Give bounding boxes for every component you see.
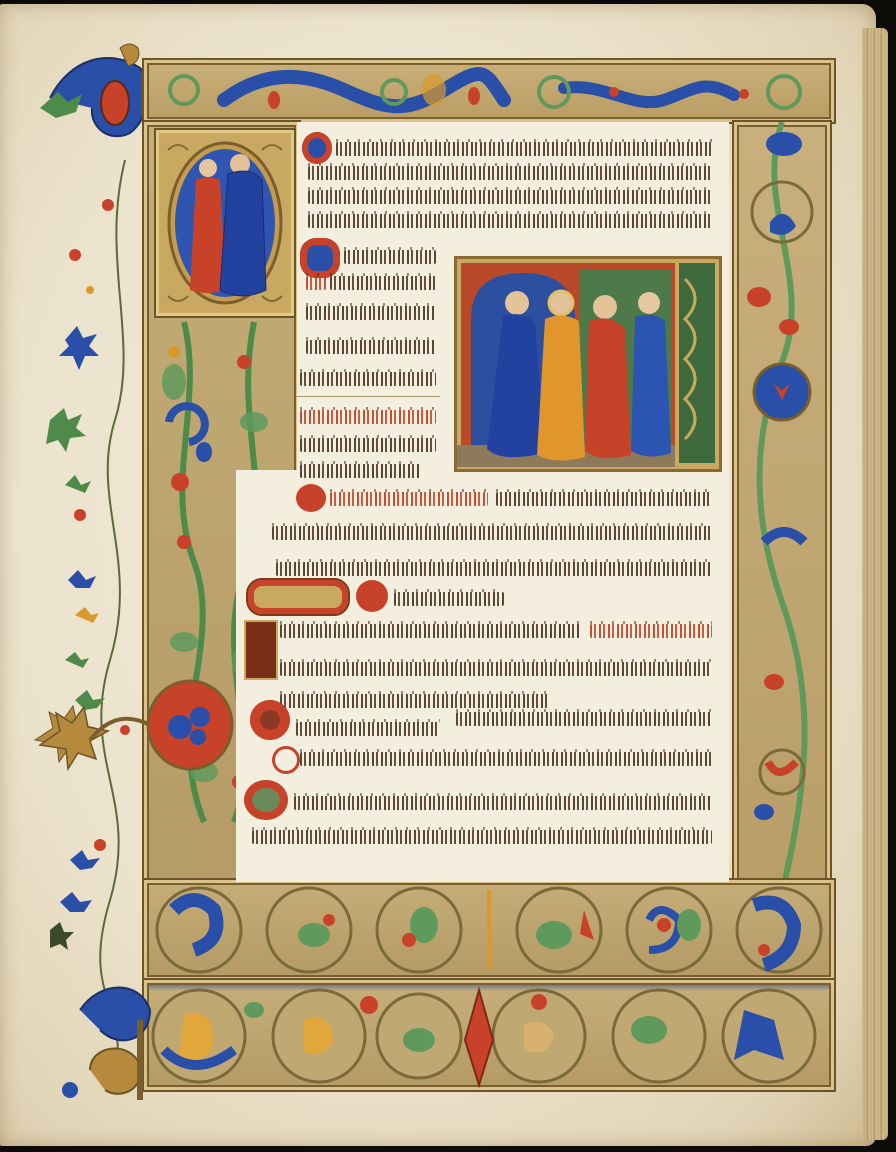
script-line xyxy=(280,694,550,708)
script-line xyxy=(280,662,712,676)
decorated-initial-blue-red xyxy=(302,132,332,164)
miniature-painting xyxy=(454,256,722,472)
border-roundel-red-boss xyxy=(30,665,240,785)
rubric-line xyxy=(590,624,712,638)
script-line xyxy=(300,752,712,766)
left-margin-floral-spray xyxy=(30,40,160,1120)
script-line xyxy=(300,372,436,386)
ruling-line xyxy=(296,396,440,397)
script-line xyxy=(456,712,712,726)
script-line xyxy=(252,830,712,844)
script-line xyxy=(300,464,420,478)
border-band-bottom-lower xyxy=(142,978,836,1092)
rubric-line xyxy=(300,410,436,424)
script-line xyxy=(306,340,436,354)
decorated-initial-column xyxy=(244,620,278,680)
decorated-initial-red xyxy=(356,580,388,612)
decorated-initial-red xyxy=(296,484,326,512)
script-line xyxy=(308,190,712,204)
decorated-initial-blue-red xyxy=(300,238,340,278)
script-line xyxy=(306,306,436,320)
decorated-initial-red xyxy=(250,700,290,740)
border-band-right xyxy=(732,120,832,894)
corner-flourish-bottom-left xyxy=(40,960,180,1120)
script-line xyxy=(272,526,712,540)
script-line xyxy=(300,438,436,452)
historiated-initial xyxy=(154,128,296,318)
script-line xyxy=(496,492,712,506)
decorated-filler-bar xyxy=(246,578,350,616)
script-line xyxy=(344,250,436,264)
border-band-bottom-upper xyxy=(142,878,836,982)
script-line xyxy=(308,214,712,228)
decorated-initial-red-outline xyxy=(272,746,300,774)
script-line xyxy=(336,142,712,156)
rubric-line xyxy=(330,492,488,506)
script-line xyxy=(308,166,712,180)
page-stack-edges xyxy=(862,28,888,1140)
script-line xyxy=(280,624,580,638)
rubric-mark xyxy=(306,276,326,290)
script-line xyxy=(330,276,436,290)
script-line xyxy=(296,722,440,736)
script-line xyxy=(294,796,712,810)
border-band-top xyxy=(142,58,836,124)
decorated-initial-red-green xyxy=(244,780,288,820)
script-line xyxy=(276,562,712,576)
script-line xyxy=(394,592,504,606)
